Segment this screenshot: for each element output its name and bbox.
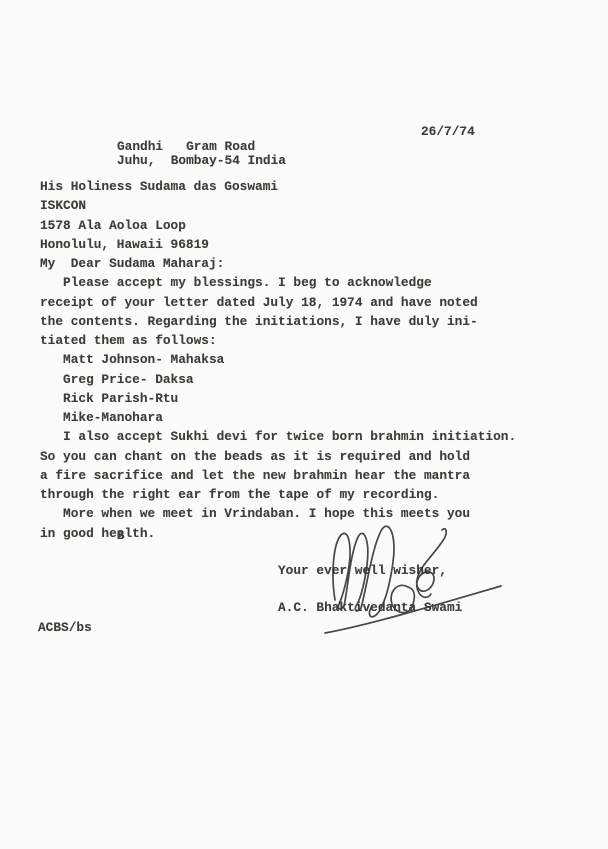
recipient-line: Honolulu, Hawaii 96819 xyxy=(40,235,516,254)
overstrike-over-char: B xyxy=(117,526,125,545)
body-line: I also accept Sukhi devi for twice born … xyxy=(40,427,516,446)
typewriter-overstrike: aB xyxy=(117,526,125,541)
reference-initials: ACBS/bs xyxy=(38,618,92,637)
handwritten-signature-icon xyxy=(318,518,513,643)
letter-main-text: His Holiness Sudama das Goswami ISKCON 1… xyxy=(40,177,516,543)
body-text-segment: lth. xyxy=(124,526,155,541)
body-line: a fire sacrifice and let the new brahmin… xyxy=(40,466,516,485)
recipient-line: His Holiness Sudama das Goswami xyxy=(40,177,516,196)
sender-address-line: Gandhi Gram Road xyxy=(117,140,286,154)
recipient-line: ISKCON xyxy=(40,196,516,215)
body-text-segment: in good he xyxy=(40,526,117,541)
recipient-line: 1578 Ala Aoloa Loop xyxy=(40,216,516,235)
body-line-initiate-name: Mike-Manohara xyxy=(40,408,516,427)
salutation: My Dear Sudama Maharaj: xyxy=(40,254,516,273)
body-line: tiated them as follows: xyxy=(40,331,516,350)
body-line: Please accept my blessings. I beg to ack… xyxy=(40,273,516,292)
signature-typed-name: A.C. Bhaktivedanta Swami xyxy=(278,598,462,617)
body-line-initiate-name: Greg Price- Daksa xyxy=(40,370,516,389)
body-line: through the right ear from the tape of m… xyxy=(40,485,516,504)
letter-body: Please accept my blessings. I beg to ack… xyxy=(40,273,516,543)
letter-date: 26/7/74 xyxy=(421,124,475,139)
letter-page: 26/7/74 Gandhi Gram Road Juhu, Bombay-54… xyxy=(0,0,608,849)
body-line-initiate-name: Matt Johnson- Mahaksa xyxy=(40,350,516,369)
recipient-address: His Holiness Sudama das Goswami ISKCON 1… xyxy=(40,177,516,254)
body-line: the contents. Regarding the initiations,… xyxy=(40,312,516,331)
body-line: So you can chant on the beads as it is r… xyxy=(40,447,516,466)
body-line-initiate-name: Rick Parish-Rtu xyxy=(40,389,516,408)
sender-address: Gandhi Gram Road Juhu, Bombay-54 India xyxy=(117,140,286,168)
sender-address-line: Juhu, Bombay-54 India xyxy=(117,154,286,168)
body-line: receipt of your letter dated July 18, 19… xyxy=(40,293,516,312)
